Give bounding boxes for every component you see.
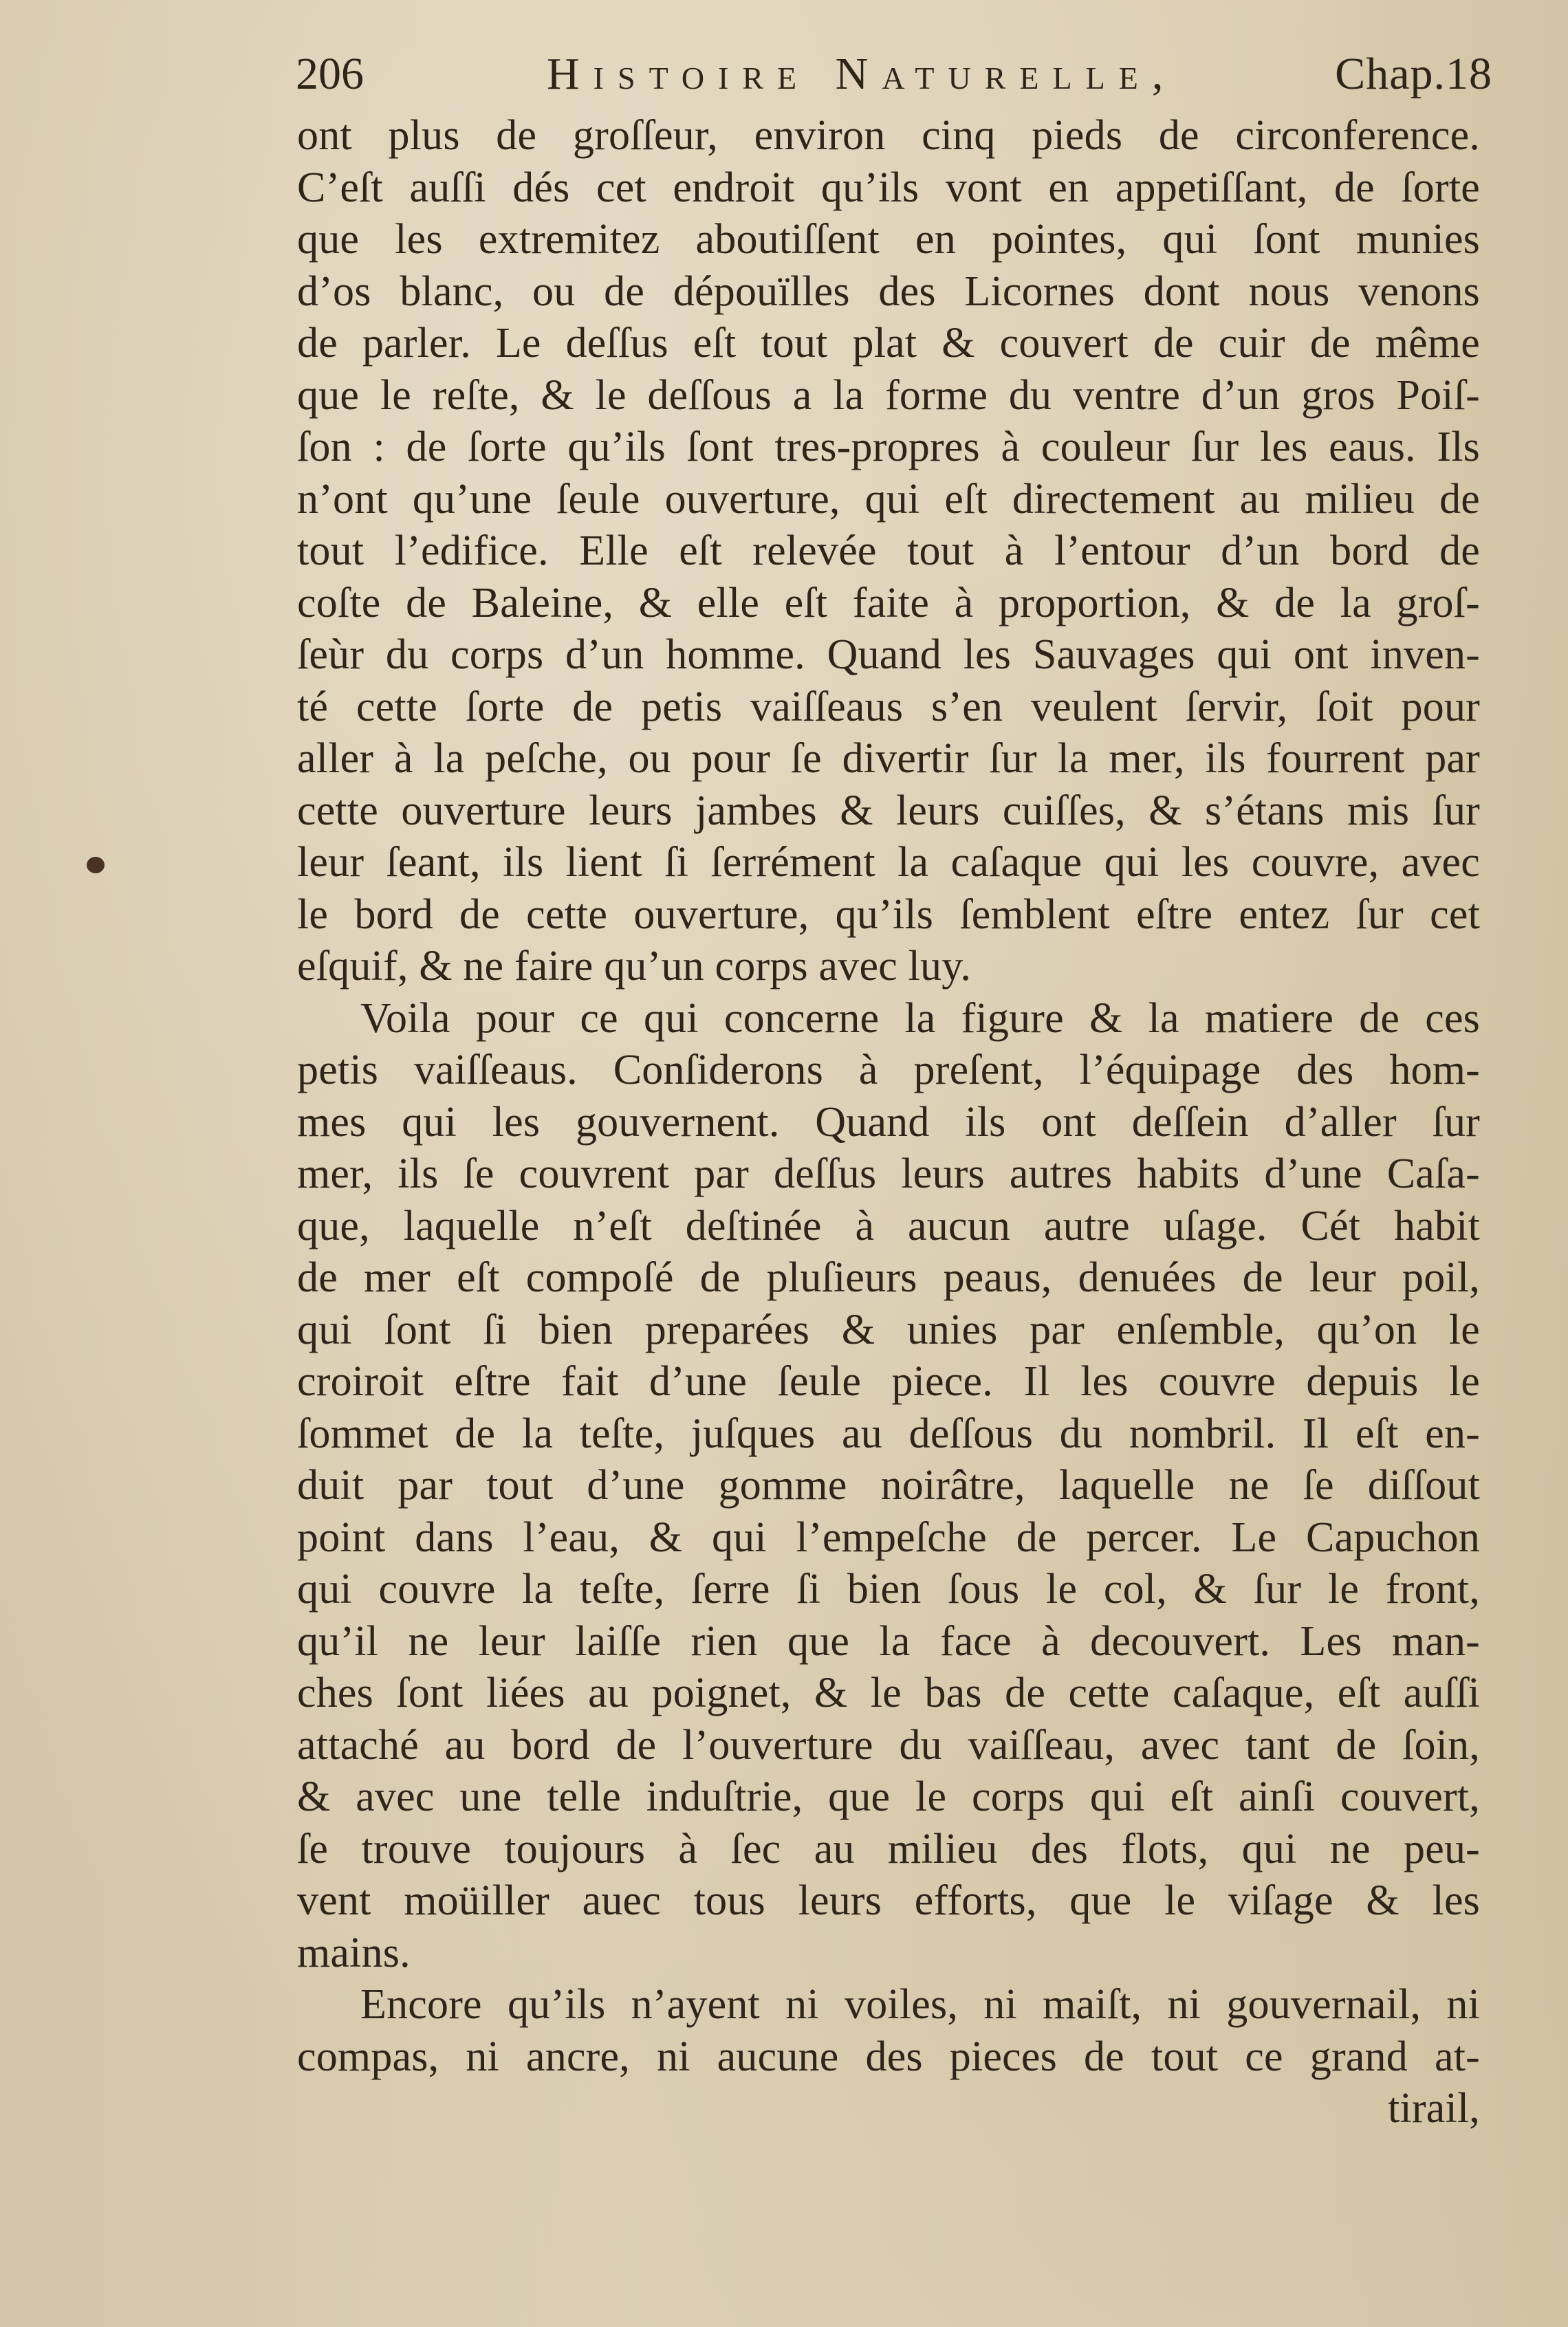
text-line: petis vaiſſeaus. Conſiderons à preſent, … [297,1045,1480,1097]
ink-spot [87,857,105,873]
running-title: Histoire Naturelle, [547,40,1177,109]
text-line: ſe trouve toujours à ſec au milieu des f… [297,1824,1480,1876]
text-line: attaché au bord de l’ouverture du vaiſſe… [297,1720,1480,1772]
chapter-reference: Chap.18 [1335,40,1492,109]
paragraph-3: Encore qu’ils n’ayent ni voiles, ni maiſ… [297,1979,1480,2083]
text-line: eſquif, & ne faire qu’un corps avec luy. [297,941,1480,993]
text-line: ches ſont liées au poignet, & le bas de … [297,1668,1480,1720]
text-line: ſon : de ſorte qu’ils ſont tres-propres … [297,422,1480,474]
text-line: de parler. Le deſſus eſt tout plat & cou… [297,318,1480,370]
text-line: mes qui les gouvernent. Quand ils ont de… [297,1097,1480,1149]
body-text: ont plus de groſſeur, environ cinq pieds… [297,110,1480,2135]
text-line: tout l’edifice. Elle eſt relevée tout à … [297,525,1480,578]
text-line: que, laquelle n’eſt deſtinée à aucun aut… [297,1201,1480,1253]
text-line: qui couvre la teſte, ſerre ſi bien ſous … [297,1564,1480,1616]
text-line: ſeùr du corps d’un homme. Quand les Sauv… [297,629,1480,681]
text-line: vent moüiller auec tous leurs efforts, q… [297,1875,1480,1927]
text-line: croiroit eſtre fait d’une ſeule piece. I… [297,1356,1480,1408]
text-line: compas, ni ancre, ni aucune des pieces d… [297,2031,1480,2084]
text-line: aller à la peſche, ou pour ſe divertir ſ… [297,733,1480,785]
text-line: de mer eſt compoſé de pluſieurs peaus, d… [297,1252,1480,1304]
text-line: Voila pour ce qui concerne la figure & l… [297,993,1480,1045]
text-line: cette ouverture leurs jambes & leurs cui… [297,785,1480,838]
text-line: C’eſt auſſi dés cet endroit qu’ils vont … [297,162,1480,215]
text-line: le bord de cette ouverture, qu’ils ſembl… [297,889,1480,941]
page-number: 206 [296,40,364,109]
text-line: que les extremitez aboutiſſent en pointe… [297,214,1480,266]
book-page: 206 Histoire Naturelle, Chap.18 ont plus… [0,0,1568,2327]
text-line: d’os blanc, ou de dépouïlles des Licorne… [297,266,1480,318]
text-line: que le reſte, & le deſſous a la forme du… [297,370,1480,422]
text-line: ſommet de la teſte, juſques au deſſous d… [297,1408,1480,1461]
text-line: qu’il ne leur laiſſe rien que la face à … [297,1616,1480,1668]
text-line: point dans l’eau, & qui l’empeſche de pe… [297,1512,1480,1564]
paragraph-2: Voila pour ce qui concerne la figure & l… [297,993,1480,1980]
text-line: n’ont qu’une ſeule ouverture, qui eſt di… [297,474,1480,526]
text-line: ont plus de groſſeur, environ cinq pieds… [297,110,1480,162]
text-line: mer, ils ſe couvrent par deſſus leurs au… [297,1148,1480,1201]
text-line: duit par tout d’une gomme noirâtre, laqu… [297,1460,1480,1512]
catchword: tirail, [297,2083,1480,2135]
text-line: leur ſeant, ils lient ſi ſerrément la ca… [297,837,1480,889]
text-line: qui ſont ſi bien preparées & unies par e… [297,1304,1480,1357]
paragraph-1: ont plus de groſſeur, environ cinq pieds… [297,110,1480,993]
text-line: & avec une telle induſtrie, que le corps… [297,1771,1480,1824]
running-head: 206 Histoire Naturelle, Chap.18 [296,40,1492,109]
text-line: Encore qu’ils n’ayent ni voiles, ni maiſ… [297,1979,1480,2031]
text-line: coſte de Baleine, & elle eſt faite à pro… [297,578,1480,630]
text-line: té cette ſorte de petis vaiſſeaus s’en v… [297,681,1480,734]
text-line: mains. [297,1927,1480,1980]
